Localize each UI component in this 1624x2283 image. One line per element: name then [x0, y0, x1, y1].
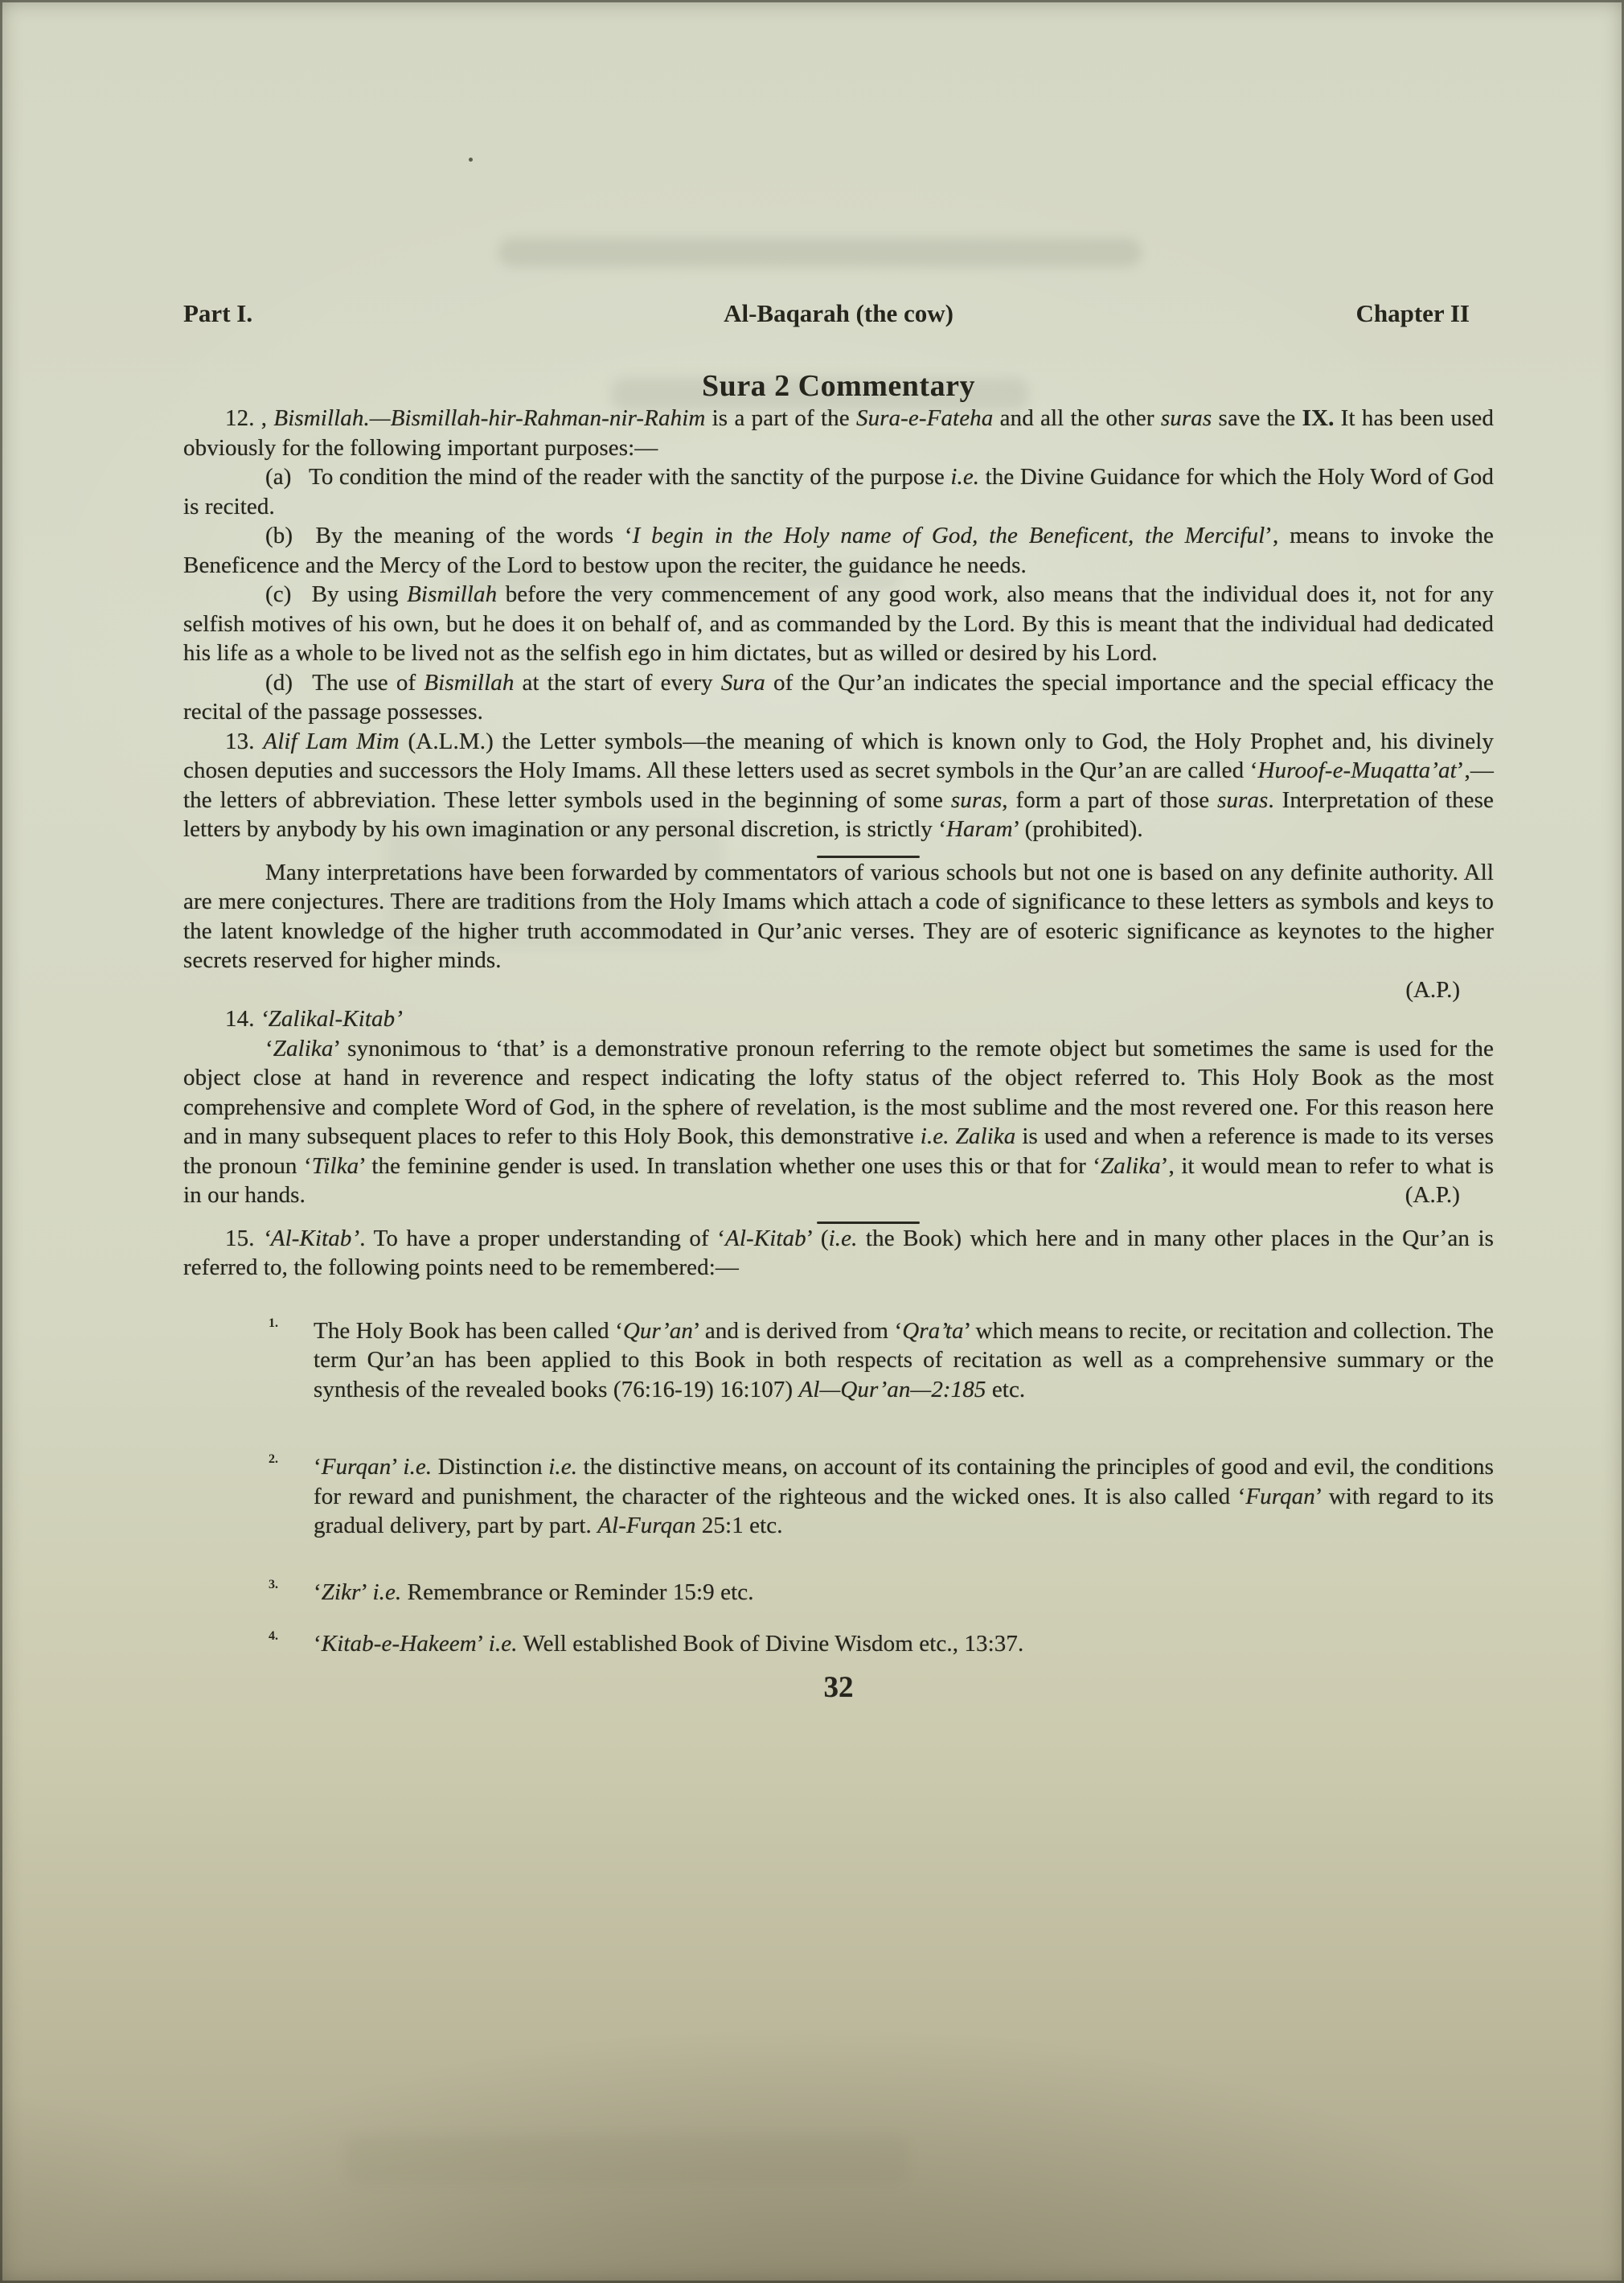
paragraph-14: ‘Zalika’ synonimous to ‘that’ is a demon…: [183, 1034, 1494, 1210]
list-number: 1.: [269, 1316, 278, 1331]
attribution-ap: (A.P.): [1323, 1181, 1460, 1210]
item-d: (d) The use of Bismillah at the start of…: [183, 668, 1494, 727]
paragraph-13: 13. Alif Lam Mim (A.L.M.) the Letter sym…: [183, 727, 1494, 844]
page-content: Part I. Al-Baqarah (the cow) Chapter II …: [183, 0, 1494, 1705]
attribution-ap: (A.P.): [183, 975, 1494, 1005]
list-item-1: 1. The Holy Book has been called ‘Qur’an…: [183, 1316, 1494, 1405]
list-number: 3.: [269, 1578, 278, 1592]
item-c: (c) By using Bismillah before the very c…: [183, 580, 1494, 668]
list-item-4: 4. ‘Kitab-e-Hakeem’ i.e. Well establishe…: [183, 1629, 1494, 1659]
list-item-3: 3. ‘Zikr’ i.e. Remembrance or Reminder 1…: [183, 1578, 1494, 1608]
running-header: Part I. Al-Baqarah (the cow) Chapter II: [183, 299, 1494, 328]
list-text: ‘Furqan’ i.e. Distinction i.e. the disti…: [314, 1452, 1494, 1541]
list-item-2: 2. ‘Furqan’ i.e. Distinction i.e. the di…: [183, 1452, 1494, 1541]
paragraph-15: 15. ‘Al-Kitab’. To have a proper underst…: [183, 1224, 1494, 1283]
heading-14: 14. ‘Zalikal-Kitab’: [183, 1004, 1494, 1034]
list-text: ‘Zikr’ i.e. Remembrance or Reminder 15:9…: [314, 1578, 1494, 1608]
running-head-title: Al-Baqarah (the cow): [183, 299, 1494, 328]
item-a: (a) To condition the mind of the reader …: [183, 462, 1494, 521]
paragraph-12: 12. , Bismillah.—Bismillah-hir-Rahman-ni…: [183, 404, 1494, 462]
list-number: 4.: [269, 1629, 278, 1644]
paragraph-interpretations: Many interpretations have been forwarded…: [183, 858, 1494, 975]
list-number: 2.: [269, 1452, 278, 1467]
page-number: 32: [183, 1670, 1494, 1705]
item-b: (b) By the meaning of the words ‘I begin…: [183, 521, 1494, 580]
list-text: ‘Kitab-e-Hakeem’ i.e. Well established B…: [314, 1629, 1494, 1659]
section-title: Sura 2 Commentary: [183, 368, 1494, 404]
list-text: The Holy Book has been called ‘Qur’an’ a…: [314, 1316, 1494, 1405]
scanned-book-page: Part I. Al-Baqarah (the cow) Chapter II …: [0, 0, 1624, 2283]
